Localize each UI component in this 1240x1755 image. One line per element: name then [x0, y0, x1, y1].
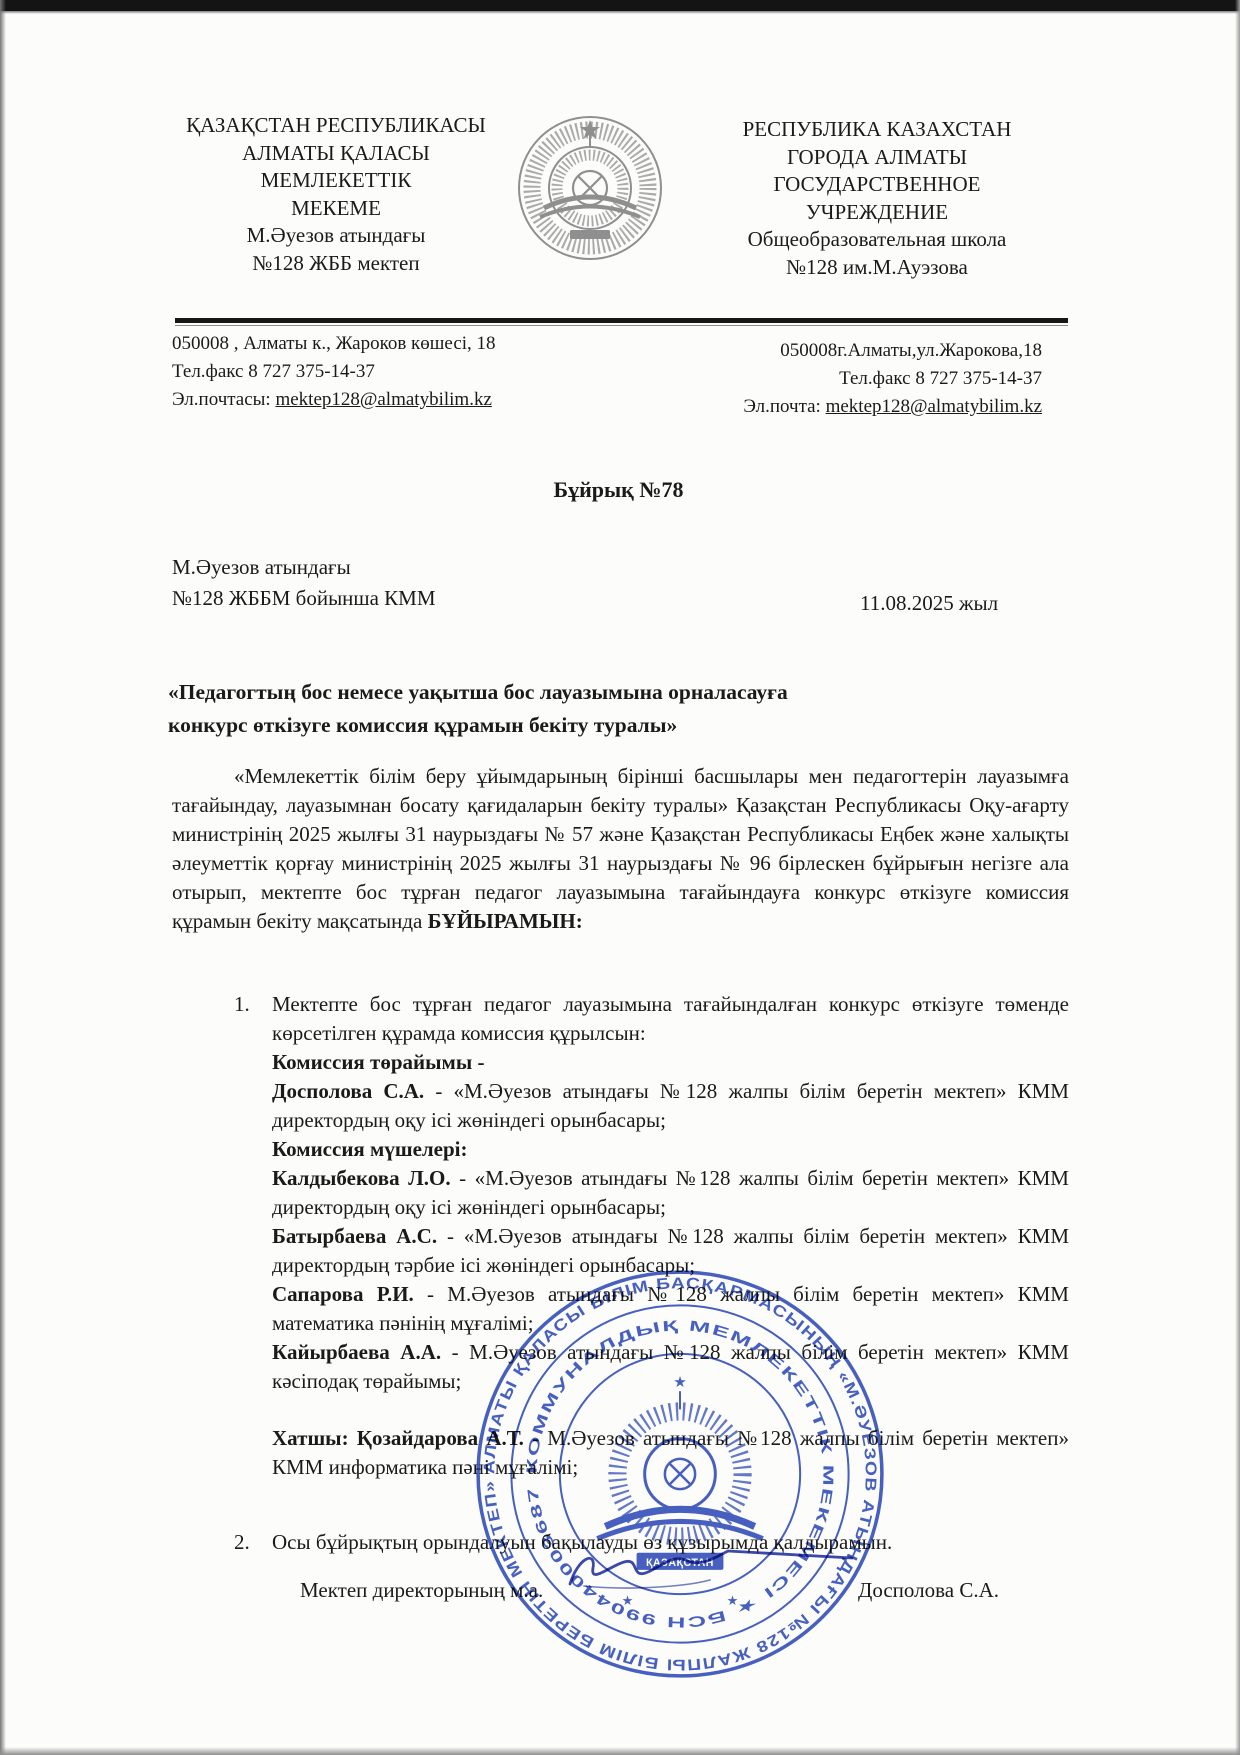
star-icon: ★: [622, 1594, 634, 1609]
kazakhstan-emblem-icon: [514, 112, 666, 264]
org-line: АЛМАТЫ ҚАЛАСЫ: [152, 140, 520, 168]
org-line: ҚАЗАҚСТАН РЕСПУБЛИКАСЫ: [152, 112, 520, 140]
star-icon: ★: [727, 1594, 739, 1609]
email-address: mektep128@almatybilim.kz: [275, 389, 491, 410]
person-name: Досполова С.А.: [272, 1079, 424, 1103]
org-line: №128 ЖББ мектеп: [152, 250, 520, 278]
order-title: Бұйрық №78: [172, 477, 1065, 503]
org-line: №128 им.М.Ауэзова: [662, 254, 1092, 282]
scan-edge-left: [0, 0, 6, 1755]
issuer-line: М.Әуезов атындағы: [172, 552, 436, 583]
person-name: Сапарова Р.И.: [272, 1282, 414, 1306]
issuer-block: М.Әуезов атындағы №128 ЖББМ бойынша КММ: [172, 552, 436, 614]
org-line: МЕКЕМЕ: [152, 195, 520, 223]
org-line: Общеобразовательная школа: [662, 226, 1092, 254]
item-number: 1.: [234, 990, 250, 1019]
commission-member: Калдыбекова Л.О. - «М.Әуезов атындағы №1…: [272, 1164, 1069, 1222]
org-name-russian: РЕСПУБЛИКА КАЗАХСТАН ГОРОДА АЛМАТЫ ГОСУД…: [662, 116, 1092, 281]
members-heading: Комиссия мүшелері:: [272, 1135, 1069, 1164]
issuer-line: №128 ЖББМ бойынша КММ: [172, 583, 436, 614]
email-line: Эл.почта: mektep128@almatybilim.kz: [730, 393, 1042, 421]
preamble-paragraph: «Мемлекеттік білім беру ұйымдарының бірі…: [172, 762, 1069, 936]
order-subject: «Педагогтың бос немесе уақытша бос лауаз…: [168, 676, 968, 742]
contact-block-kazakh: 050008 , Алматы к., Жароков көшесі, 18 Т…: [172, 330, 632, 414]
phone-line: Тел.факс 8 727 375-14-37: [172, 358, 632, 386]
subject-line: конкурс өткізуге комиссия құрамын бекіту…: [168, 709, 968, 742]
email-address: mektep128@almatybilim.kz: [826, 396, 1042, 417]
person-name: Кайырбаева А.А.: [272, 1340, 441, 1364]
subject-line: «Педагогтың бос немесе уақытша бос лауаз…: [168, 676, 968, 709]
scan-edge-top-shadow: [0, 11, 1240, 14]
org-line: ГОСУДАРСТВЕННОЕ: [662, 171, 1092, 199]
chair-heading: Комиссия төрайымы -: [272, 1048, 1069, 1077]
address-line: 050008 , Алматы к., Жароков көшесі, 18: [172, 330, 632, 358]
email-label: Эл.почта:: [743, 396, 825, 417]
scan-edge-top: [0, 0, 1240, 11]
person-name: Калдыбекова Л.О.: [272, 1166, 451, 1190]
org-line: УЧРЕЖДЕНИЕ: [662, 199, 1092, 227]
scanned-order-document: ҚАЗАҚСТАН РЕСПУБЛИКАСЫ АЛМАТЫ ҚАЛАСЫ МЕМ…: [0, 0, 1240, 1755]
scan-edge-bottom: [0, 1747, 1240, 1755]
address-line: 050008г.Алматы,ул.Жарокова,18: [730, 337, 1042, 365]
scan-edge-right: [1235, 0, 1240, 1755]
preamble-text: «Мемлекеттік білім беру ұйымдарының бірі…: [172, 764, 1069, 933]
org-line: М.Әуезов атындағы: [152, 222, 520, 250]
stamp-center-banner: ҚАЗАҚСТАН: [646, 1557, 714, 1569]
person-name: Батырбаева А.С.: [272, 1224, 437, 1248]
resolve-word: БҰЙЫРАМЫН:: [428, 909, 583, 933]
official-round-stamp: АЛМАТЫ ҚАЛАСЫ БІЛІМ БАСҚАРМАСЫНЫҢ «М.ӘУЕ…: [468, 1262, 892, 1686]
item-number: 2.: [234, 1528, 250, 1557]
org-line: МЕМЛЕКЕТТІК: [152, 167, 520, 195]
email-label: Эл.почтасы:: [172, 389, 275, 410]
phone-line: Тел.факс 8 727 375-14-37: [730, 365, 1042, 393]
header-divider: [175, 318, 1068, 326]
email-line: Эл.почтасы: mektep128@almatybilim.kz: [172, 386, 632, 414]
contact-block-russian: 050008г.Алматы,ул.Жарокова,18 Тел.факс 8…: [730, 337, 1042, 421]
org-line: ГОРОДА АЛМАТЫ: [662, 144, 1092, 172]
stamp-emblem: [597, 1391, 763, 1538]
org-name-kazakh: ҚАЗАҚСТАН РЕСПУБЛИКАСЫ АЛМАТЫ ҚАЛАСЫ МЕМ…: [152, 112, 520, 277]
item-text: Мектепте бос тұрған педагог лауазымына т…: [272, 990, 1069, 1048]
org-line: РЕСПУБЛИКА КАЗАХСТАН: [662, 116, 1092, 144]
commission-chair: Досполова С.А. - «М.Әуезов атындағы №128…: [272, 1077, 1069, 1135]
star-icon: ★: [673, 1373, 687, 1391]
order-date: 11.08.2025 жыл: [860, 591, 998, 616]
